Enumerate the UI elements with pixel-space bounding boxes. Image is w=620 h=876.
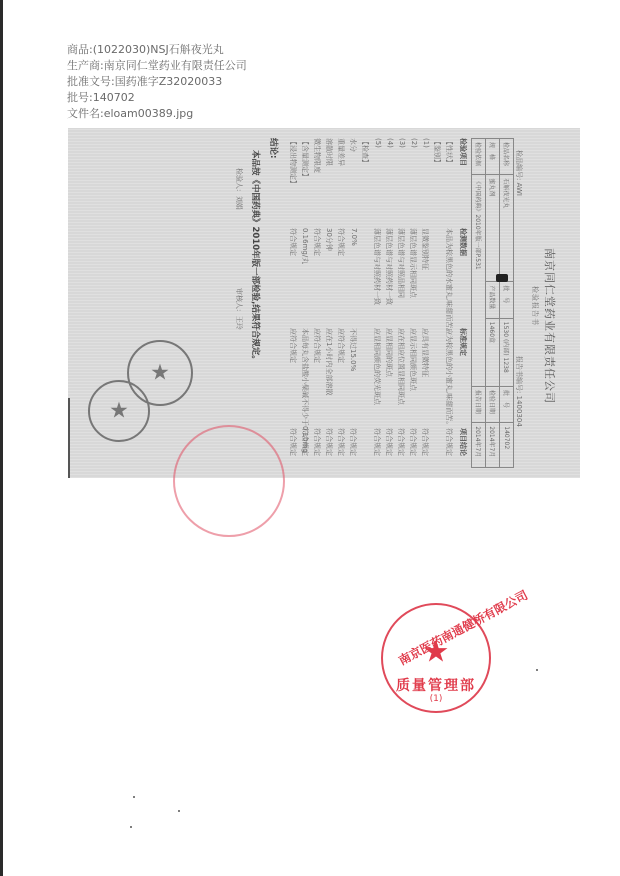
seal-number: (1) <box>430 694 443 704</box>
row-item: (3) <box>398 138 406 148</box>
row-standard: 应在相应位置显相同斑点 <box>396 328 406 405</box>
row-result: 符合规定 <box>288 428 298 456</box>
seal-company-text: 南京医药南通健桥有限公司 <box>395 586 530 669</box>
row-data: 本品为棕黑色的水蜜丸,味甜而苦。 <box>444 228 454 335</box>
scan-border <box>0 0 3 876</box>
row-standard: 应显示相同颜色斑点 <box>408 328 418 391</box>
row-result: 符合规定 <box>312 428 322 456</box>
col-result: 项目结论 <box>458 428 468 456</box>
row-standard: 应在1小时内全部溶散 <box>324 328 334 395</box>
row-item: 溶散时限 <box>324 138 334 166</box>
row-data: 显微鉴别特征 <box>420 228 430 270</box>
row-item: (1) <box>422 138 430 148</box>
inspector: 检验人: 刘娟 <box>234 168 244 210</box>
row-item: 【检查】 <box>360 138 370 166</box>
receiver-seal-gray: ★ <box>88 380 150 442</box>
seal-dept-text: 质量管理部 <box>396 675 476 695</box>
row-result: 符合规定 <box>336 428 346 456</box>
col-item: 检验项目 <box>458 138 468 166</box>
company-title: 南京同仁堂药业有限责任公司 <box>542 248 558 404</box>
file-info: 商品:(1022030)NSJ石斛夜光丸 生产商:南京同仁堂药业有限责任公司 批… <box>67 42 247 122</box>
scan-speck <box>133 796 135 798</box>
row-standard: 应显相同颜色的荧光斑点 <box>372 328 382 405</box>
row-standard: 应符合规定 <box>288 328 298 363</box>
row-result: 符合规定 <box>348 428 358 456</box>
manufacturer-line: 生产商:南京同仁堂药业有限责任公司 <box>67 58 247 74</box>
report-title: 检验报告书 <box>530 286 540 326</box>
row-data: 薄层色谱与对照药材一致 <box>372 228 382 305</box>
row-result: 符合规定 <box>444 428 454 456</box>
row-result: 符合规定 <box>324 428 334 456</box>
row-item: 水分 <box>348 138 358 152</box>
red-seal-faint <box>173 425 285 537</box>
product-line: 商品:(1022030)NSJ石斛夜光丸 <box>67 42 247 58</box>
col-standard: 标准规定 <box>458 328 468 356</box>
scan-speck <box>178 810 180 812</box>
report-number: 报告书编号: 1400304 <box>514 356 524 427</box>
row-data: 0.16mg/丸 <box>300 228 310 264</box>
row-data: 薄层色谱与对照药材一致 <box>384 228 394 305</box>
conclusion-label: 结论: <box>268 138 280 158</box>
row-item: 重量差异 <box>336 138 346 166</box>
qa-department-seal: ★ 南京医药南通健桥有限公司 质量管理部 (1) <box>381 603 491 713</box>
row-data: 符合规定 <box>288 228 298 256</box>
info-table: 检品名称石斛夜光丸 批 号1530 (内部) 1238 批 号140702 规 … <box>471 138 514 468</box>
row-data: 7.0% <box>350 228 358 246</box>
row-item: (4) <box>386 138 394 148</box>
scan-speck <box>130 826 132 828</box>
row-data: 30分钟 <box>324 228 334 251</box>
col-data: 检测数据 <box>458 228 468 256</box>
row-standard: 应为棕黑色的小蜜丸,味甜而苦。 <box>444 328 454 428</box>
filename-line: 文件名:eloam00389.jpg <box>67 106 247 122</box>
row-item: 【浸出物测定】 <box>288 138 298 187</box>
row-result: 符合规定 <box>408 428 418 456</box>
row-data: 符合规定 <box>336 228 346 256</box>
row-data: 薄层色谱显示相同斑点 <box>408 228 418 298</box>
scan-speck <box>536 669 538 671</box>
reviewer: 审核人: 王玲 <box>234 288 244 330</box>
scanned-report: 南京同仁堂药业有限责任公司 检验报告书 检品编号: AWI 报告书编号: 140… <box>68 128 580 478</box>
row-result: 符合规定 <box>420 428 430 456</box>
row-item: 【性状】 <box>444 138 454 166</box>
row-result: 符合规定 <box>300 428 310 456</box>
approval-line: 批准文号:国药准字Z32020033 <box>67 74 247 90</box>
row-result: 符合规定 <box>372 428 382 456</box>
form-number: 检品编号: AWI <box>514 150 524 196</box>
row-item: 微生物限度 <box>312 138 322 173</box>
row-standard: 应符合规定 <box>312 328 322 363</box>
row-standard: 应显相同的斑点 <box>384 328 394 377</box>
row-result: 符合规定 <box>384 428 394 456</box>
row-data: 薄层色谱与对照品相同 <box>396 228 406 298</box>
row-item: 【鉴别】 <box>432 138 442 166</box>
ink-blot <box>496 274 508 282</box>
row-result: 符合规定 <box>396 428 406 456</box>
conclusion-text: 本品按《中国药典》2010年版一部检验,结果符合规定。 <box>250 150 262 364</box>
row-item: (5) <box>374 138 382 148</box>
row-data: 符合规定 <box>312 228 322 256</box>
row-standard: 不得过15.0% <box>348 328 358 371</box>
row-item: 【含量测定】 <box>300 138 310 180</box>
row-standard: 应具有显微特征 <box>420 328 430 377</box>
row-standard: 应符合规定 <box>336 328 346 363</box>
batch-line: 批号:140702 <box>67 90 247 106</box>
row-item: (2) <box>410 138 418 148</box>
